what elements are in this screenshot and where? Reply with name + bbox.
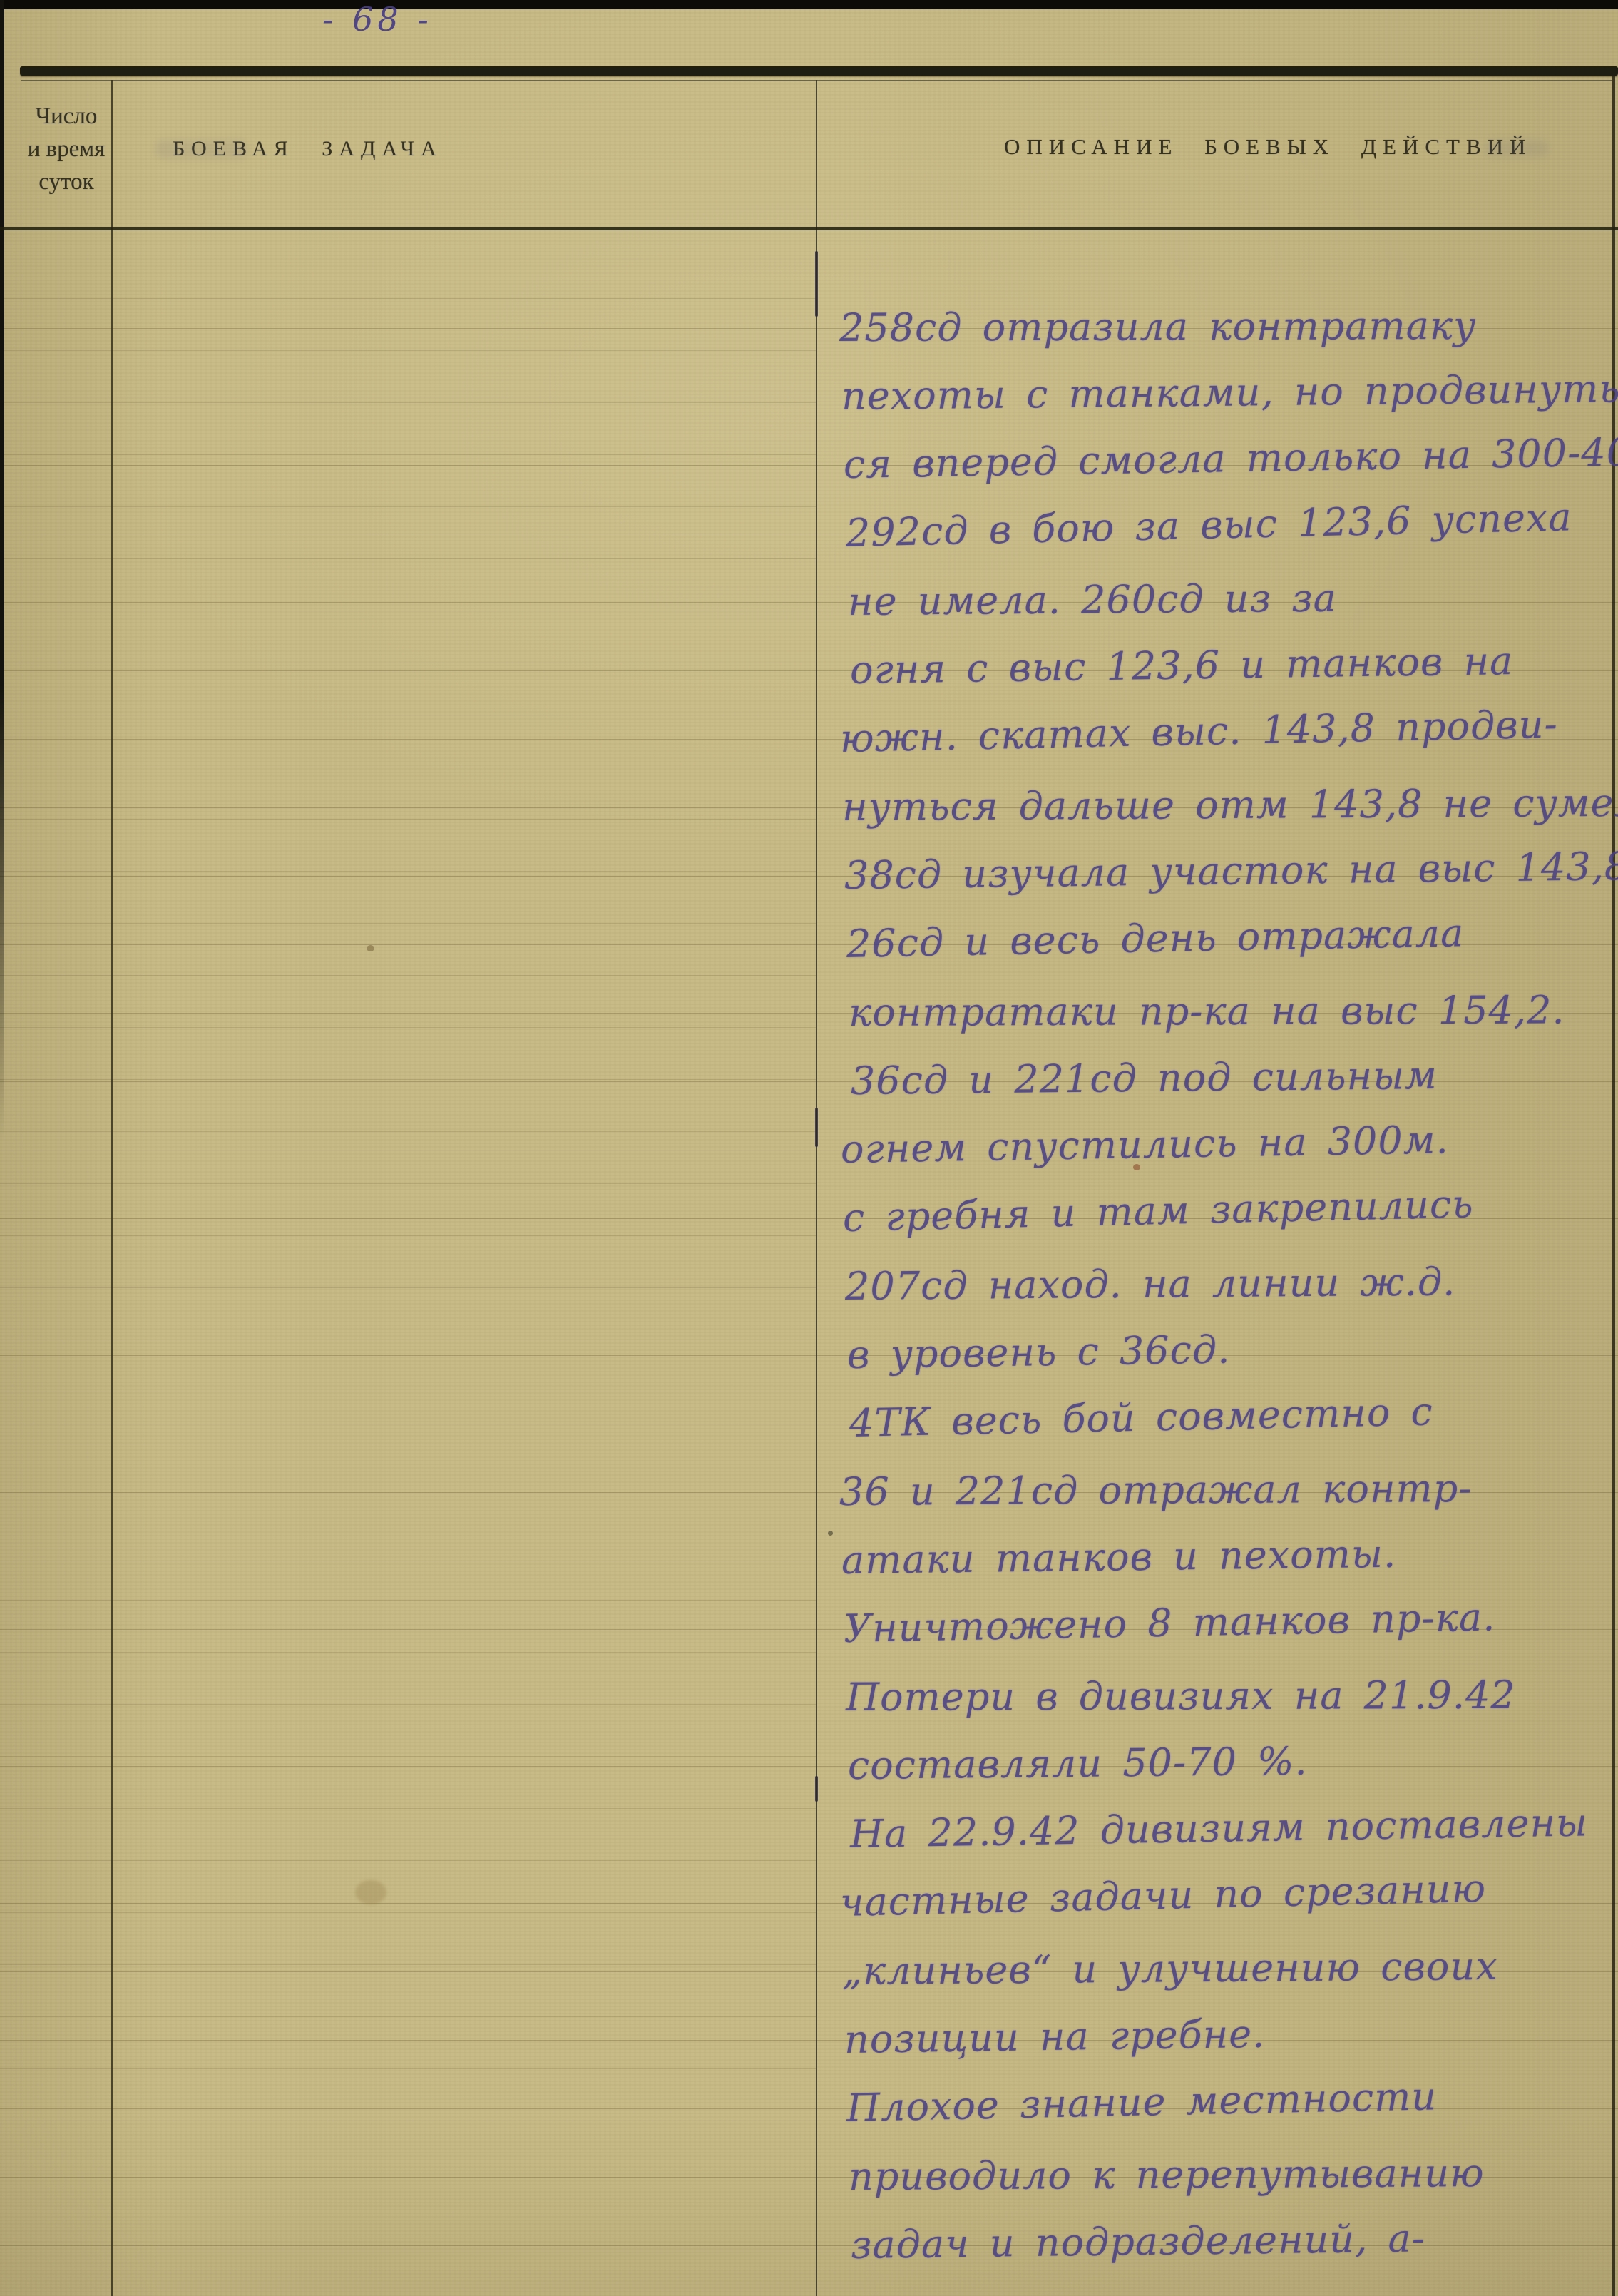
handwritten-line: составляли 50-70 %. — [848, 1739, 1308, 1788]
divider-ink-blob — [815, 1108, 818, 1147]
handwritten-line: 258сд отразила контратаку — [839, 303, 1477, 350]
column-header-date-time: Число и время суток — [20, 100, 113, 198]
page-number: - 68 - — [322, 0, 433, 39]
ink-smudge — [1485, 140, 1549, 157]
column-header-date-time-line2: и время — [20, 133, 113, 165]
divider-ink-blob — [815, 251, 818, 317]
column-divider-1 — [111, 80, 113, 2296]
column-header-combat-actions: ОПИСАНИЕ БОЕВЫХ ДЕЙСТВИЙ — [1004, 134, 1532, 160]
handwritten-line: Потери в дивизиях на 21.9.42 — [846, 1673, 1516, 1720]
column-header-date-time-line3: суток — [20, 165, 113, 198]
handwritten-line: „клиньев“ и улучшению своих — [842, 1944, 1498, 1994]
ink-smudge — [155, 140, 248, 158]
header-top-rule — [20, 66, 1618, 76]
handwritten-line: огня с выс 123,6 и танков на — [850, 638, 1514, 693]
column-divider-2 — [816, 80, 817, 2296]
handwritten-line: 207сд наход. на линии ж.д. — [845, 1259, 1456, 1309]
handwritten-line: атаки танков и пехоты. — [841, 1531, 1397, 1583]
handwritten-line: пехоты с танками, но продвинуть- — [841, 366, 1618, 419]
handwritten-line: нуться дальше отм 143,8 не сумела — [842, 780, 1618, 830]
handwritten-line: приводило к перепутыванию — [849, 2150, 1485, 2199]
handwritten-line: позиции на гребне. — [844, 2011, 1266, 2062]
handwritten-line: 36сд и 221сд под сильным — [851, 1053, 1438, 1103]
header-bottom-rule — [0, 227, 1618, 230]
handwritten-line: не имела. 260сд из за — [848, 576, 1337, 624]
divider-ink-blob — [815, 1776, 818, 1802]
handwritten-line: задач и подразделений, а- — [851, 2215, 1426, 2267]
handwritten-line: 36 и 221сд отражал контр- — [839, 1466, 1473, 1514]
handwritten-line: 38сд изучала участок на выс 143,8 — [844, 844, 1618, 898]
handwritten-line: контратаки пр-ка на выс 154,2. — [849, 987, 1565, 1035]
scanned-journal-page: - 68 - Число и время суток БОЕВАЯ ЗАДАЧА… — [0, 0, 1618, 2296]
handwritten-line: в уровень с 36сд. — [847, 1327, 1231, 1377]
column-header-date-time-line1: Число — [20, 100, 113, 133]
scan-top-edge — [0, 0, 1618, 9]
scan-left-edge — [0, 0, 4, 1141]
